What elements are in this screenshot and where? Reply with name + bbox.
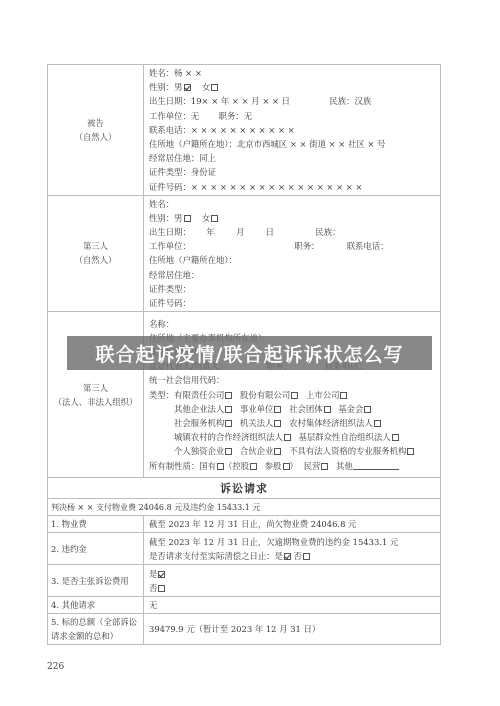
- third-party-birth-line: 出生日期： 年 月 日 民族：: [149, 225, 440, 239]
- gender-label: 性别：男: [149, 82, 183, 92]
- defendant-name: 姓名：杨 × ×: [149, 66, 440, 80]
- claim-row-1: 1. 物业费 截至 2023 年 12 月 31 日止，尚欠物业费 24046.…: [48, 516, 441, 533]
- no-checkbox-icon: [158, 585, 165, 592]
- claim-label: 2. 违约金: [48, 533, 144, 565]
- title-banner: 联合起诉疫情/联合起诉诉状怎么写: [67, 336, 432, 370]
- type-label: 类型：: [149, 390, 174, 400]
- defendant-position: 职务：无: [219, 111, 253, 121]
- third-party-name: 姓名：: [149, 197, 440, 211]
- third-party-natural-label: 第三人: [48, 239, 143, 253]
- checkbox-icon: [291, 392, 298, 399]
- claim-row-3: 3. 是否主张诉讼费用 是 否: [48, 565, 441, 597]
- defendant-work-unit: 工作单位：无: [149, 111, 199, 121]
- type-option: 股份有限公司: [240, 390, 290, 400]
- penalty-continue-question: 是否请求支付至实际清偿之日止：是: [149, 551, 283, 561]
- yes-label: 是: [149, 569, 157, 579]
- third-party-residence: 住所地（户籍所在地）：: [149, 253, 440, 267]
- checkbox-icon: [274, 406, 281, 413]
- third-party-work-line: 工作单位： 职务： 联系电话：: [149, 239, 440, 253]
- claim-row-2: 2. 违约金 截至 2023 年 12 月 31 日止，欠逾期物业费的违约金 1…: [48, 533, 441, 565]
- document-page: 被告 （自然人） 姓名：杨 × × 性别：男 女 出生日期：19× × 年 × …: [0, 0, 500, 706]
- claims-summary: 判决杨 × × 支付物业费 24046.8 元及违约金 15433.1 元: [48, 499, 441, 516]
- claim-value: 无: [144, 597, 441, 614]
- ownership-private: 民营: [304, 461, 321, 471]
- entity-type-row-1: 类型：有限责任公司 股份有限公司 上市公司: [149, 388, 440, 402]
- male-checkbox-icon: [184, 215, 191, 222]
- checkbox-icon: [374, 420, 381, 427]
- yes-checkbox-checked-icon: [284, 553, 291, 560]
- type-option: 基层群众性自治组织法人: [299, 432, 391, 442]
- defendant-sublabel: （自然人）: [48, 130, 143, 144]
- costs-no-line: 否: [149, 581, 440, 595]
- ethnicity-label: 民族：: [315, 227, 340, 237]
- defendant-id-type: 证件类型：身份证: [149, 165, 440, 179]
- entity-name: 名称：: [149, 317, 440, 331]
- checkbox-icon: [225, 406, 232, 413]
- day-label: 日: [266, 227, 274, 237]
- type-option: 机关法人: [240, 418, 274, 428]
- defendant-fields: 姓名：杨 × × 性别：男 女 出生日期：19× × 年 × × 月 × × 日…: [144, 65, 441, 196]
- checkbox-icon: [274, 420, 281, 427]
- ownership-share: 参股: [265, 461, 282, 471]
- third-party-natural-fields: 姓名： 性别：男 女 出生日期： 年 月 日 民族： 工作单位： 职务：: [144, 195, 441, 312]
- penalty-detail: 截至 2023 年 12 月 31 日止，欠逾期物业费的违约金 15433.1 …: [149, 535, 440, 549]
- gender-label: 性别：男: [149, 213, 183, 223]
- claims-header: 诉讼请求: [48, 478, 441, 499]
- type-option: 社会团体: [289, 404, 323, 414]
- phone-label: 联系电话：: [347, 241, 389, 251]
- third-party-id-type: 证件类型：: [149, 282, 440, 296]
- defendant-birth-line: 出生日期：19× × 年 × × 月 × × 日 民族：汉族: [149, 94, 440, 108]
- checkbox-icon: [364, 406, 371, 413]
- claim-label: 1. 物业费: [48, 516, 144, 533]
- blank-line: [353, 460, 399, 470]
- third-party-natural-sublabel: （自然人）: [48, 253, 143, 267]
- checkbox-icon: [392, 434, 399, 441]
- paren-close: ）: [290, 461, 298, 471]
- claim-value: 截至 2023 年 12 月 31 日止，欠逾期物业费的违约金 15433.1 …: [144, 533, 441, 565]
- no-label: 否: [294, 551, 302, 561]
- ownership-other: 其他: [336, 461, 353, 471]
- costs-yes-line: 是: [149, 567, 440, 581]
- work-unit-label: 工作单位：: [149, 241, 191, 251]
- claims-summary-row: 判决杨 × × 支付物业费 24046.8 元及违约金 15433.1 元: [48, 499, 441, 516]
- defendant-birth: 出生日期：19× × 年 × × 月 × × 日: [149, 96, 290, 106]
- defendant-id-number: 证件号码：× × × × × × × × × × × × × × × × × ×: [149, 180, 440, 194]
- entity-type-row-3: 社会服务机构 机关法人 农村集体经济组织法人: [149, 416, 440, 430]
- checkbox-icon: [274, 448, 281, 455]
- third-party-habitual-residence: 经常居住地：: [149, 268, 440, 282]
- checkbox-icon: [283, 463, 290, 470]
- entity-type-row-4: 城镇农村的合作经济组织法人 基层群众性自治组织法人: [149, 430, 440, 444]
- claim-value: 39479.9 元（暂计至 2023 年 12 月 31 日）: [144, 614, 441, 645]
- female-checkbox-icon: [211, 215, 218, 222]
- checkbox-icon: [324, 406, 331, 413]
- type-option: 不具有法人资格的专业服务机构: [289, 446, 406, 456]
- male-checkbox-checked-icon: [184, 84, 191, 91]
- entity-credit-code: 统一社会信用代码：: [149, 373, 440, 387]
- type-option: 社会服务机构: [174, 418, 224, 428]
- month-label: 月: [236, 227, 244, 237]
- third-party-natural-row: 第三人 （自然人） 姓名： 性别：男 女 出生日期： 年 月 日 民族：: [48, 195, 441, 312]
- defendant-phone: 联系电话：× × × × × × × × × × ×: [149, 123, 440, 137]
- checkbox-icon: [340, 392, 347, 399]
- entity-ownership-line: 所有制性质：国有（控股 参股） 民营 其他: [149, 459, 440, 473]
- checkbox-icon: [225, 420, 232, 427]
- ownership-holding: （控股: [224, 461, 249, 471]
- checkbox-icon: [407, 448, 414, 455]
- no-checkbox-icon: [303, 553, 310, 560]
- claim-row-4: 4. 其他请求 无: [48, 597, 441, 614]
- page-number: 226: [47, 662, 64, 672]
- entity-type-row-2: 其他企业法人 事业单位 社会团体 基金会: [149, 402, 440, 416]
- year-label: 年: [206, 227, 214, 237]
- third-party-legal-sublabel: （法人、非法人组织）: [48, 395, 143, 409]
- type-option: 上市公司: [306, 390, 340, 400]
- claim-value: 是 否: [144, 565, 441, 597]
- female-checkbox-icon: [211, 84, 218, 91]
- defendant-residence: 住所地（户籍所在地）：北京市西城区 × × 街道 × × 社区 × 号: [149, 137, 440, 151]
- yes-checkbox-checked-icon: [158, 571, 165, 578]
- third-party-legal-label: 第三人: [48, 381, 143, 395]
- female-label: 女: [202, 213, 210, 223]
- defendant-ethnicity: 民族：汉族: [329, 96, 371, 106]
- claim-value: 截至 2023 年 12 月 31 日止，尚欠物业费 24046.8 元: [144, 516, 441, 533]
- birth-label: 出生日期：: [149, 227, 191, 237]
- defendant-gender: 性别：男 女: [149, 80, 440, 94]
- type-option: 事业单位: [240, 404, 274, 414]
- claim-row-5: 5. 标的总额（全部诉讼请求金额的总和） 39479.9 元（暂计至 2023 …: [48, 614, 441, 645]
- female-label: 女: [202, 82, 210, 92]
- title-banner-text: 联合起诉疫情/联合起诉诉状怎么写: [96, 340, 404, 367]
- defendant-label-cell: 被告 （自然人）: [48, 65, 144, 196]
- checkbox-icon: [217, 463, 224, 470]
- checkbox-icon: [225, 448, 232, 455]
- third-party-gender: 性别：男 女: [149, 211, 440, 225]
- defendant-work-line: 工作单位：无 职务：无: [149, 109, 440, 123]
- type-option: 个人独资企业: [174, 446, 224, 456]
- claims-header-row: 诉讼请求: [48, 478, 441, 499]
- penalty-continue-line: 是否请求支付至实际清偿之日止：是 否: [149, 549, 440, 563]
- type-option: 有限责任公司: [174, 390, 224, 400]
- checkbox-icon: [284, 434, 291, 441]
- ownership-label: 所有制性质：国有: [149, 461, 216, 471]
- entity-type-row-5: 个人独资企业 合伙企业 不具有法人资格的专业服务机构: [149, 444, 440, 458]
- checkbox-icon: [321, 463, 328, 470]
- type-option: 基金会: [338, 404, 363, 414]
- position-label: 职务：: [294, 241, 319, 251]
- type-option: 农村集体经济组织法人: [289, 418, 373, 428]
- defendant-label: 被告: [48, 116, 143, 130]
- checkbox-icon: [225, 392, 232, 399]
- third-party-natural-label-cell: 第三人 （自然人）: [48, 195, 144, 312]
- claim-label: 3. 是否主张诉讼费用: [48, 565, 144, 597]
- type-option: 城镇农村的合作经济组织法人: [174, 432, 283, 442]
- defendant-row: 被告 （自然人） 姓名：杨 × × 性别：男 女 出生日期：19× × 年 × …: [48, 65, 441, 196]
- claim-label: 5. 标的总额（全部诉讼请求金额的总和）: [48, 614, 144, 645]
- type-option: 合伙企业: [240, 446, 274, 456]
- claim-label: 4. 其他请求: [48, 597, 144, 614]
- third-party-id-number: 证件号码：: [149, 296, 440, 310]
- defendant-habitual-residence: 经常居住地：同上: [149, 151, 440, 165]
- no-label: 否: [149, 583, 157, 593]
- type-option: 其他企业法人: [174, 404, 224, 414]
- checkbox-icon: [250, 463, 257, 470]
